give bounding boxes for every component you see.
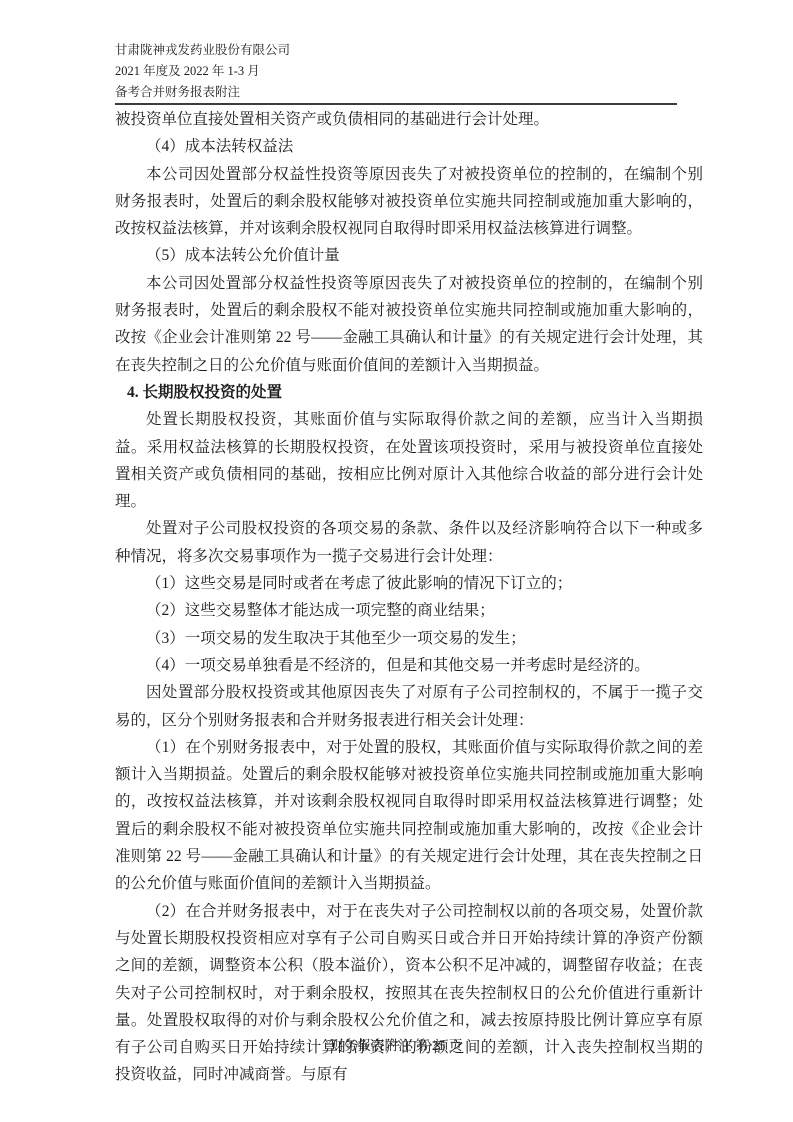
footer-page-label: 财务报表附注 第 25 页 [331, 1038, 463, 1053]
paragraph: 被投资单位直接处置相关资产或负债相同的基础进行会计处理。 [115, 106, 703, 133]
list-item: （2）这些交易整体才能达成一项完整的商业结果； [115, 597, 703, 624]
paragraph: （1）在个别财务报表中，对于处置的股权，其账面价值与实际取得价款之间的差额计入当… [115, 734, 703, 898]
list-item: （1）这些交易是同时或者在考虑了彼此影响的情况下订立的； [115, 570, 703, 597]
document-page: 甘肃陇神戎发药业股份有限公司 2021 年度及 2022 年 1-3 月 备考合… [0, 0, 793, 1122]
report-title: 备考合并财务报表附注 [115, 82, 703, 103]
document-header: 甘肃陇神戎发药业股份有限公司 2021 年度及 2022 年 1-3 月 备考合… [115, 40, 703, 103]
paragraph: （5）成本法转公允价值计量 [115, 242, 703, 269]
document-body: 被投资单位直接处置相关资产或负债相同的基础进行会计处理。 （4）成本法转权益法 … [115, 106, 703, 1089]
list-item: （3）一项交易的发生取决于其他至少一项交易的发生； [115, 625, 703, 652]
company-name: 甘肃陇神戎发药业股份有限公司 [115, 40, 703, 61]
section-heading: 4. 长期股权投资的处置 [115, 379, 703, 406]
paragraph: 处置对子公司股权投资的各项交易的条款、条件以及经济影响符合以下一种或多种情况，将… [115, 515, 703, 570]
header-divider [115, 103, 677, 105]
paragraph: 因处置部分股权投资或其他原因丧失了对原有子公司控制权的，不属于一揽子交易的，区分… [115, 679, 703, 734]
paragraph: 本公司因处置部分权益性投资等原因丧失了对被投资单位的控制的，在编制个别财务报表时… [115, 161, 703, 243]
list-item: （4）一项交易单独看是不经济的，但是和其他交易一并考虑时是经济的。 [115, 652, 703, 679]
report-period: 2021 年度及 2022 年 1-3 月 [115, 61, 703, 82]
paragraph: （4）成本法转权益法 [115, 133, 703, 160]
paragraph: 本公司因处置部分权益性投资等原因丧失了对被投资单位的控制的，在编制个别财务报表时… [115, 270, 703, 379]
paragraph: （2）在合并财务报表中，对于在丧失对子公司控制权以前的各项交易，处置价款与处置长… [115, 898, 703, 1089]
page-footer: 财务报表附注 第 25 页 [0, 1034, 793, 1054]
paragraph: 处置长期股权投资，其账面价值与实际取得价款之间的差额，应当计入当期损益。采用权益… [115, 406, 703, 515]
